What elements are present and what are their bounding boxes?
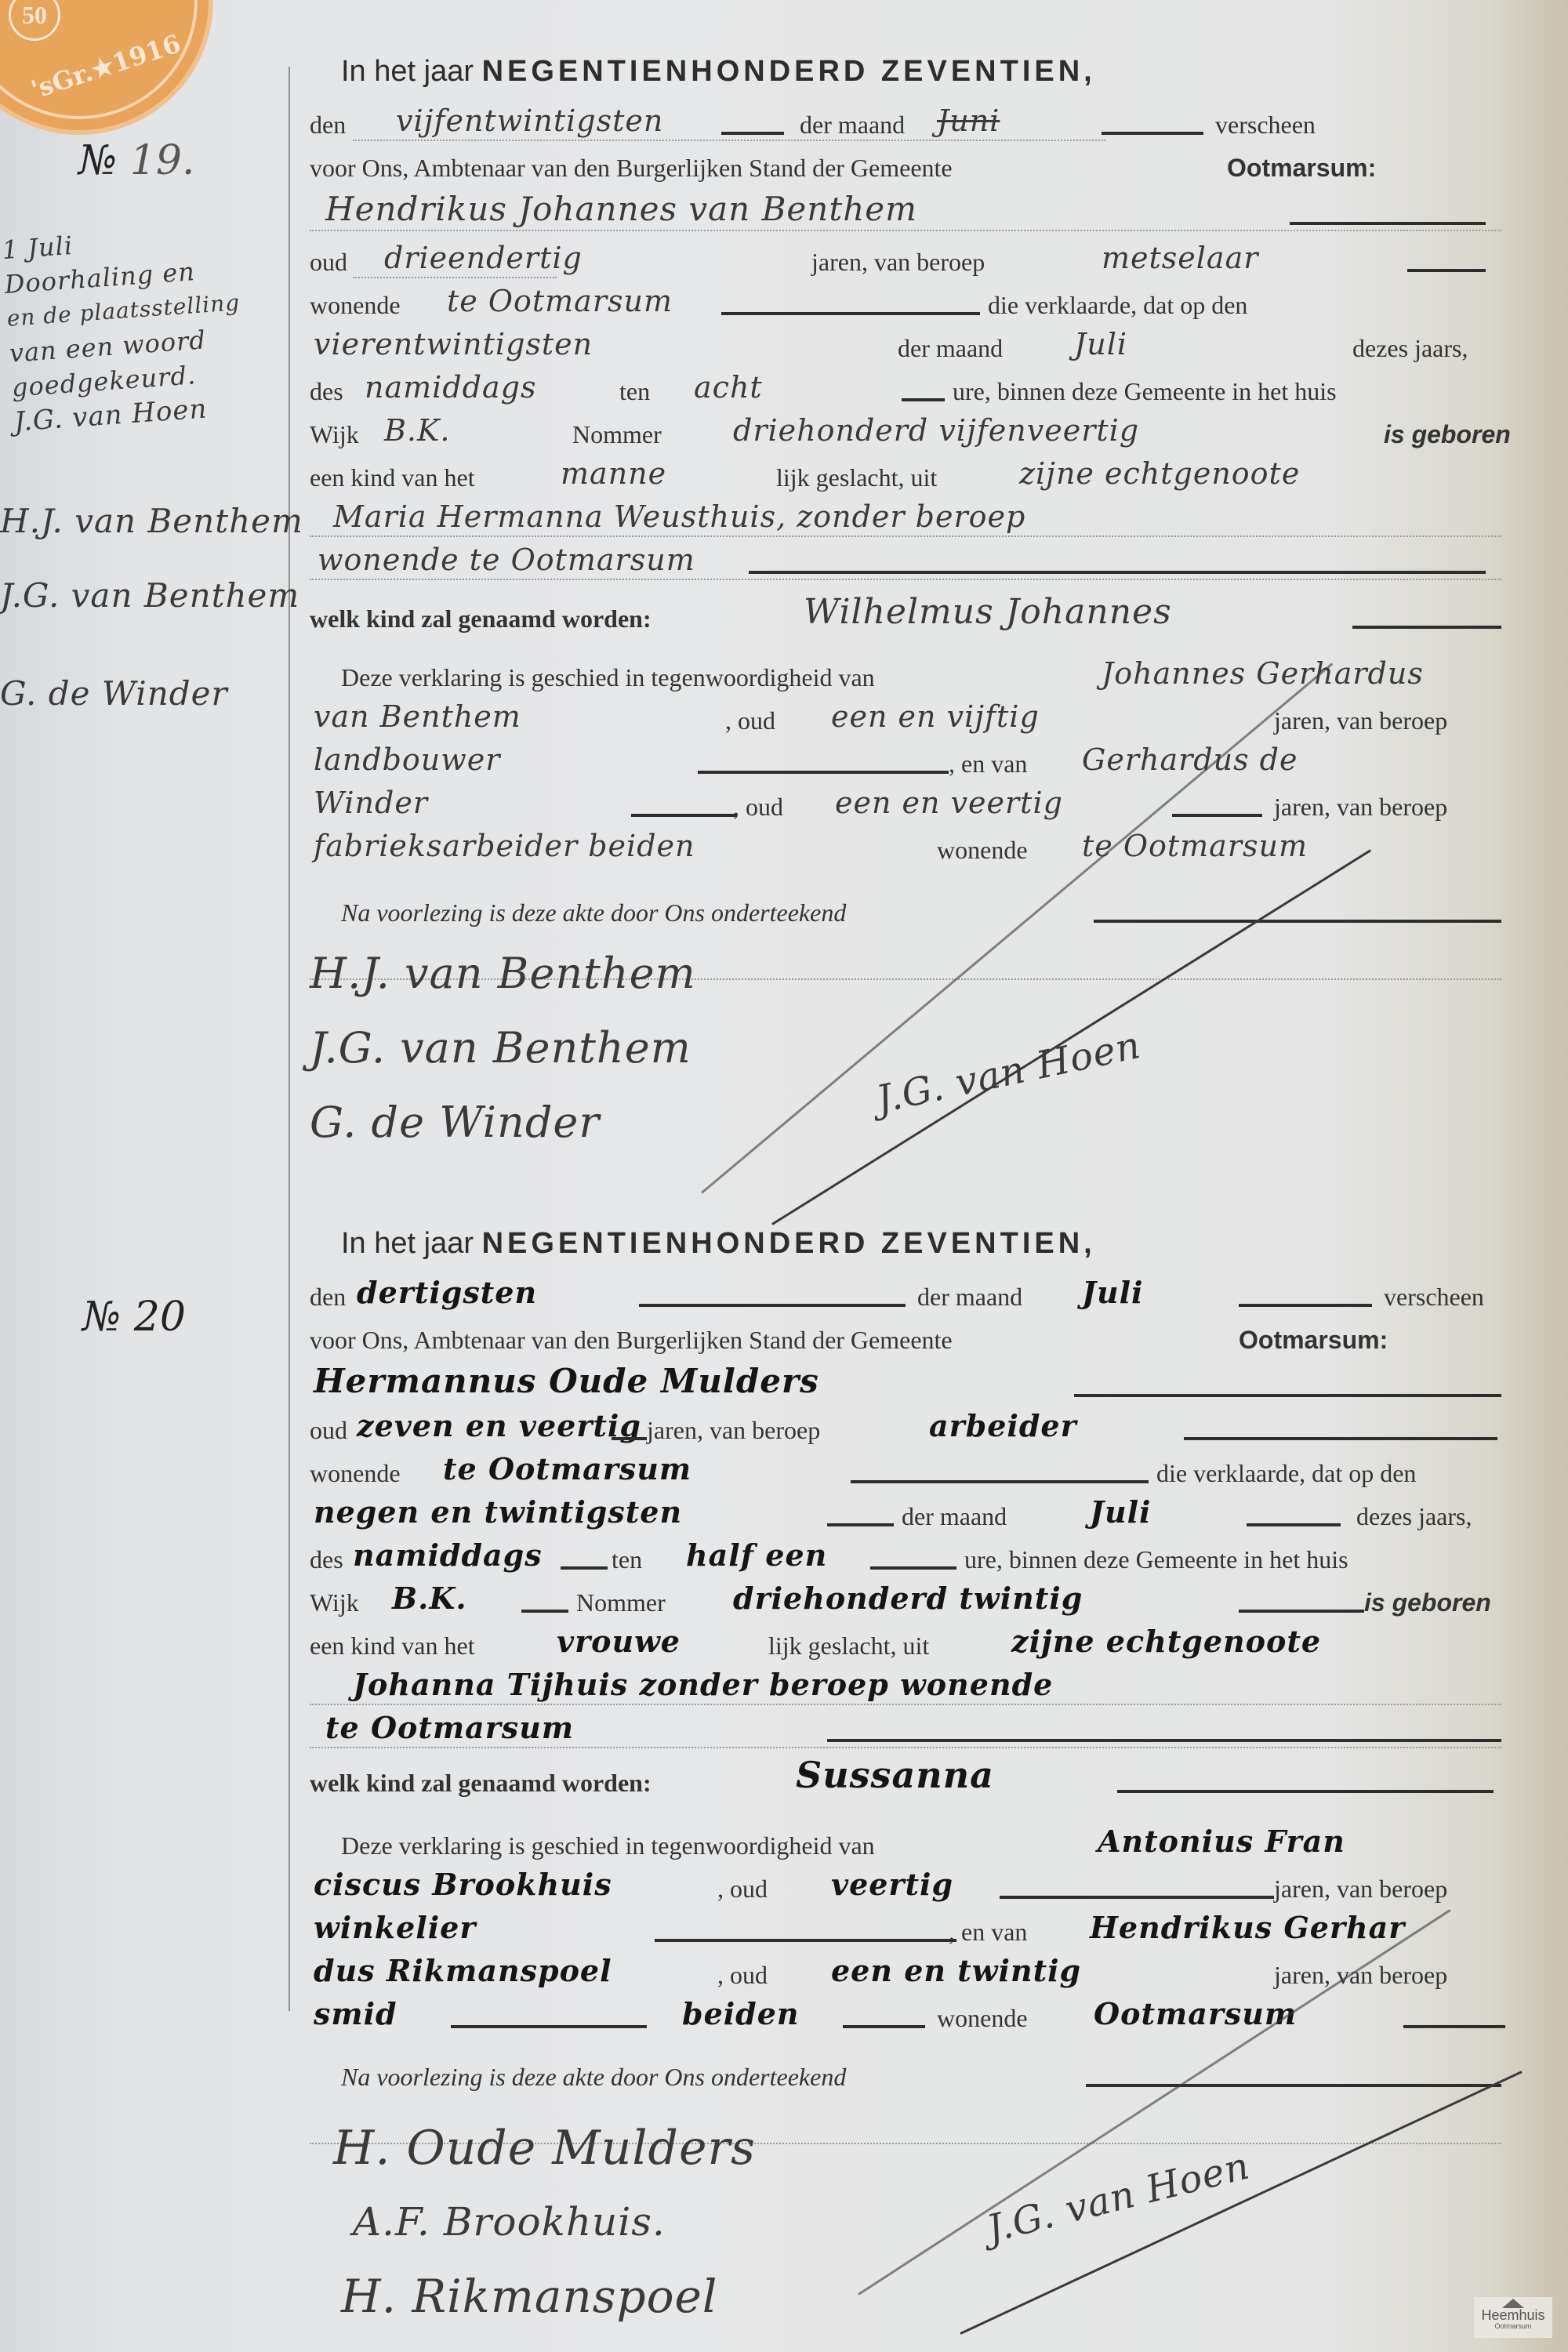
field-mother-residence: wonende te Ootmarsum — [318, 543, 695, 577]
field-age: drieendertig — [384, 241, 583, 275]
margin-annotation: 1 Juli Doorhaling en en de plaatsstellin… — [1, 214, 281, 439]
signature-official: J.G. van Hoen — [873, 1023, 1145, 1122]
field-profession: arbeider — [929, 1408, 1077, 1443]
municipality: Ootmarsum: — [1227, 154, 1376, 183]
field-birth-month: Juli — [1090, 1494, 1151, 1530]
field-mother: Johanna Tijhuis zonder beroep wonende — [353, 1667, 1053, 1702]
stamp-value: 50 — [9, 0, 60, 41]
stamp-text: 'sGr.★1916 — [27, 28, 184, 104]
field-witness1-a: Antonius Fran — [1098, 1824, 1345, 1859]
label-den: den — [310, 111, 346, 140]
field-wijk: B.K. — [392, 1581, 467, 1616]
signature-official: J.G. van Hoen — [982, 2143, 1254, 2251]
field-witness1-age: een en vijftig — [831, 699, 1040, 734]
field-witness2-b: dus Rikmanspoel — [314, 1953, 612, 1988]
field-witness1-profession: landbouwer — [314, 742, 500, 777]
field-month: Juli — [1082, 1275, 1143, 1310]
field-mother-intro: zijne echtgenoote — [1019, 456, 1300, 491]
field-witness2-age: een en veertig — [835, 786, 1063, 820]
field-mother: Maria Hermanna Weusthuis, zonder beroep — [333, 499, 1025, 534]
signature-witness-3: G. de Winder — [310, 1098, 600, 1147]
field-hour: acht — [694, 370, 763, 405]
revenue-stamp: 50 'sGr.★1916 — [0, 0, 213, 135]
municipality: Ootmarsum: — [1239, 1326, 1388, 1355]
field-birth-month: Juli — [1074, 327, 1127, 361]
field-witness1-profession: winkelier — [314, 1910, 476, 1945]
field-witness1-age: veertig — [831, 1867, 953, 1902]
field-sex: vrouwe — [557, 1624, 681, 1659]
heemhuis-logo: Heemhuis Ootmarsum — [1474, 2297, 1552, 2338]
field-witness1-b: ciscus Brookhuis — [314, 1867, 612, 1902]
field-profession: metselaar — [1102, 241, 1258, 275]
field-hour: half een — [686, 1537, 827, 1573]
field-child-name: Sussanna — [796, 1754, 994, 1796]
field-witness1-b: van Benthem — [314, 699, 521, 734]
record-number-20: № 20 — [82, 1294, 186, 1341]
field-residence: te Ootmarsum — [447, 284, 673, 318]
margin-signature-3: G. de Winder — [0, 674, 228, 713]
field-witness2-age: een en twintig — [831, 1953, 1081, 1988]
field-daypart: namiddags — [353, 1537, 543, 1573]
field-wijk: B.K. — [384, 413, 450, 448]
signature-declarant: H. Oude Mulders — [333, 2121, 756, 2176]
field-witnesses-beiden: beiden — [682, 1996, 800, 2031]
field-birth-day: negen en twintigsten — [314, 1494, 682, 1530]
field-witness2-a: Hendrikus Gerhar — [1090, 1910, 1405, 1945]
field-witness2-profession: fabrieksarbeider beiden — [314, 829, 695, 863]
field-day: dertigsten — [357, 1275, 537, 1310]
signature-witness-2: H. Rikmanspoel — [341, 2270, 717, 2323]
field-birth-day: vierentwintigsten — [314, 327, 593, 361]
field-age: zeven en veertig — [357, 1408, 641, 1443]
field-witness2-a: Gerhardus de — [1082, 742, 1298, 777]
field-day: vijfentwintigsten — [396, 103, 663, 138]
field-declarant: Hendrikus Johannes van Benthem — [325, 190, 917, 228]
field-witnesses-residence: Ootmarsum — [1094, 1996, 1297, 2031]
field-mother-intro: zijne echtgenoote — [1011, 1624, 1321, 1659]
field-sex: manne — [561, 456, 666, 491]
record-heading: In het jaar NEGENTIENHONDERD ZEVENTIEN, — [341, 55, 1096, 89]
margin-signature-1: H.J. van Benthem — [0, 502, 303, 540]
field-declarant: Hermannus Oude Mulders — [314, 1362, 819, 1400]
field-residence: te Ootmarsum — [443, 1451, 691, 1486]
field-child-name: Wilhelmus Johannes — [804, 592, 1172, 632]
field-mother-residence: te Ootmarsum — [325, 1710, 574, 1745]
field-witness2-b: Winder — [314, 786, 428, 820]
margin-signature-2: J.G. van Benthem — [0, 576, 299, 615]
field-month-struck: Juni — [937, 103, 1000, 138]
field-witness2-profession: smid — [314, 1996, 397, 2031]
field-house-number: driehonderd vijfenveertig — [733, 413, 1139, 448]
signature-witness-2: J.G. van Benthem — [310, 1023, 691, 1073]
field-daypart: namiddags — [365, 370, 536, 405]
signature-witness-1: H.J. van Benthem — [310, 949, 696, 998]
field-house-number: driehonderd twintig — [733, 1581, 1083, 1616]
record-heading: In het jaar NEGENTIENHONDERD ZEVENTIEN, — [341, 1227, 1096, 1261]
record-number-19: № 19. — [78, 137, 194, 184]
field-witness1-a: Johannes Gerhardus — [1102, 656, 1424, 691]
margin-divider — [289, 67, 290, 2011]
signature-witness-1: A.F. Brookhuis. — [353, 2199, 666, 2245]
